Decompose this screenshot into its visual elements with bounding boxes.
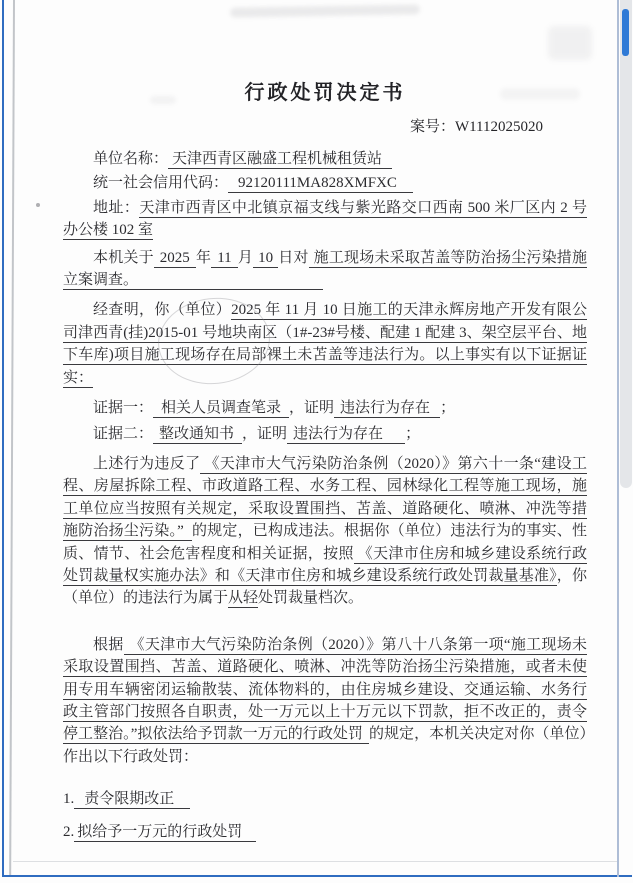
filled-blank: 天津市西青区中北镇京福支线与紫光路交口西南 500 米厂区内 2 号办公楼 10… <box>63 200 587 240</box>
decision-item-1: 1.责令限期改正 <box>63 788 587 810</box>
filled-blank: 整改通知书 <box>153 426 242 444</box>
viewer-frame-left <box>2 0 4 877</box>
filled-blank: 2025 <box>154 250 196 268</box>
filled-blank: 相关人员调查笔录 <box>153 400 289 418</box>
text-run: 上述行为违反了 <box>93 456 200 472</box>
filled-blank: 违法行为存在 <box>334 400 440 418</box>
document-viewer: 行政处罚决定书 案号：W1112025020 单位名称：天津西青区融盛工程机械租… <box>0 0 633 883</box>
scan-artifact <box>548 26 592 60</box>
filled-blank: 11 <box>211 250 237 268</box>
evidence-2-line: 证据二：整改通知书，证明违法行为存在； <box>63 423 587 445</box>
text-run: ； <box>405 426 420 442</box>
address-line: 地址：天津市西青区中北镇京福支线与紫光路交口西南 500 米厂区内 2 号办公楼… <box>63 197 587 242</box>
text-run: ，证明 <box>289 400 334 416</box>
penalty-basis-paragraph: 根据《天津市大气污染防治条例（2020）》第八十八条第一项“施工现场未采取设置围… <box>63 634 587 768</box>
case-number-line: 案号：W1112025020 <box>63 115 587 136</box>
document-body: 单位名称：天津西青区融盛工程机械租赁站统一社会信用代码：92120111MA82… <box>63 148 587 843</box>
text-run: 证据一： <box>93 400 153 416</box>
scan-artifact <box>36 203 40 207</box>
filled-blank: 立案调查。 <box>63 272 138 290</box>
text-run: 单位名称： <box>93 151 168 167</box>
text-run: 2. <box>63 824 74 840</box>
text-run: 年 <box>196 250 211 266</box>
scan-artifact <box>500 88 580 100</box>
text-run: 日对 <box>278 250 309 266</box>
text-run: 统一社会信用代码： <box>93 175 228 191</box>
text-run: 根据 <box>93 637 124 653</box>
scrollbar[interactable] <box>620 0 632 488</box>
filled-blank <box>138 272 323 290</box>
page-bottom-edge <box>13 861 617 862</box>
text-run: 证据二： <box>93 426 153 442</box>
credit-code-line: 统一社会信用代码：92120111MA828XMFXC <box>63 172 587 194</box>
viewer-frame-bottom <box>2 875 632 877</box>
viewer-frame-right <box>617 0 619 877</box>
filled-blank: 从轻 <box>228 590 258 608</box>
filled-blank: 施工现场未采取苫盖等防治扬尘污染措施 <box>309 250 587 268</box>
scan-artifact <box>150 96 176 104</box>
filled-blank: 拟给予一万元的行政处罚 <box>74 824 256 842</box>
filled-blank: 92120111MA828XMFXC <box>228 175 413 193</box>
scrollbar-thumb[interactable] <box>622 9 629 56</box>
findings-paragraph: 经查明，你（单位）2025 年 11 月 10 日施工的天津永辉房地产开发有限公… <box>63 299 587 389</box>
text-run: 本机关于 <box>93 250 154 266</box>
text-run: ，证明 <box>242 426 287 442</box>
filled-blank: 天津西青区融盛工程机械租赁站 <box>168 151 392 169</box>
text-run: 处罚裁量档次。 <box>258 590 363 606</box>
filled-blank: 责令限期改正 <box>74 791 190 809</box>
case-number-label: 案号： <box>410 119 455 135</box>
case-filing-line: 本机关于2025年11月10日对施工现场未采取苫盖等防治扬尘污染措施立案调查。 <box>63 247 587 292</box>
evidence-1-line: 证据一：相关人员调查笔录，证明违法行为存在； <box>63 397 587 419</box>
case-number-value: W1112025020 <box>455 119 543 135</box>
text-run: 1. <box>63 791 74 807</box>
filled-blank: 违法行为存在 <box>287 426 405 444</box>
text-run: ； <box>440 400 455 416</box>
text-run: 月 <box>238 250 253 266</box>
scanned-page: 行政处罚决定书 案号：W1112025020 单位名称：天津西青区融盛工程机械租… <box>0 0 617 883</box>
decision-item-2: 2.拟给予一万元的行政处罚 <box>63 821 587 843</box>
text-run: 地址： <box>93 200 139 216</box>
violation-paragraph: 上述行为违反了《天津市大气污染防治条例（2020）》第六十一条“建设工程、房屋拆… <box>63 453 587 610</box>
company-name-line: 单位名称：天津西青区融盛工程机械租赁站 <box>63 148 587 170</box>
filled-blank: 10 <box>253 250 278 268</box>
